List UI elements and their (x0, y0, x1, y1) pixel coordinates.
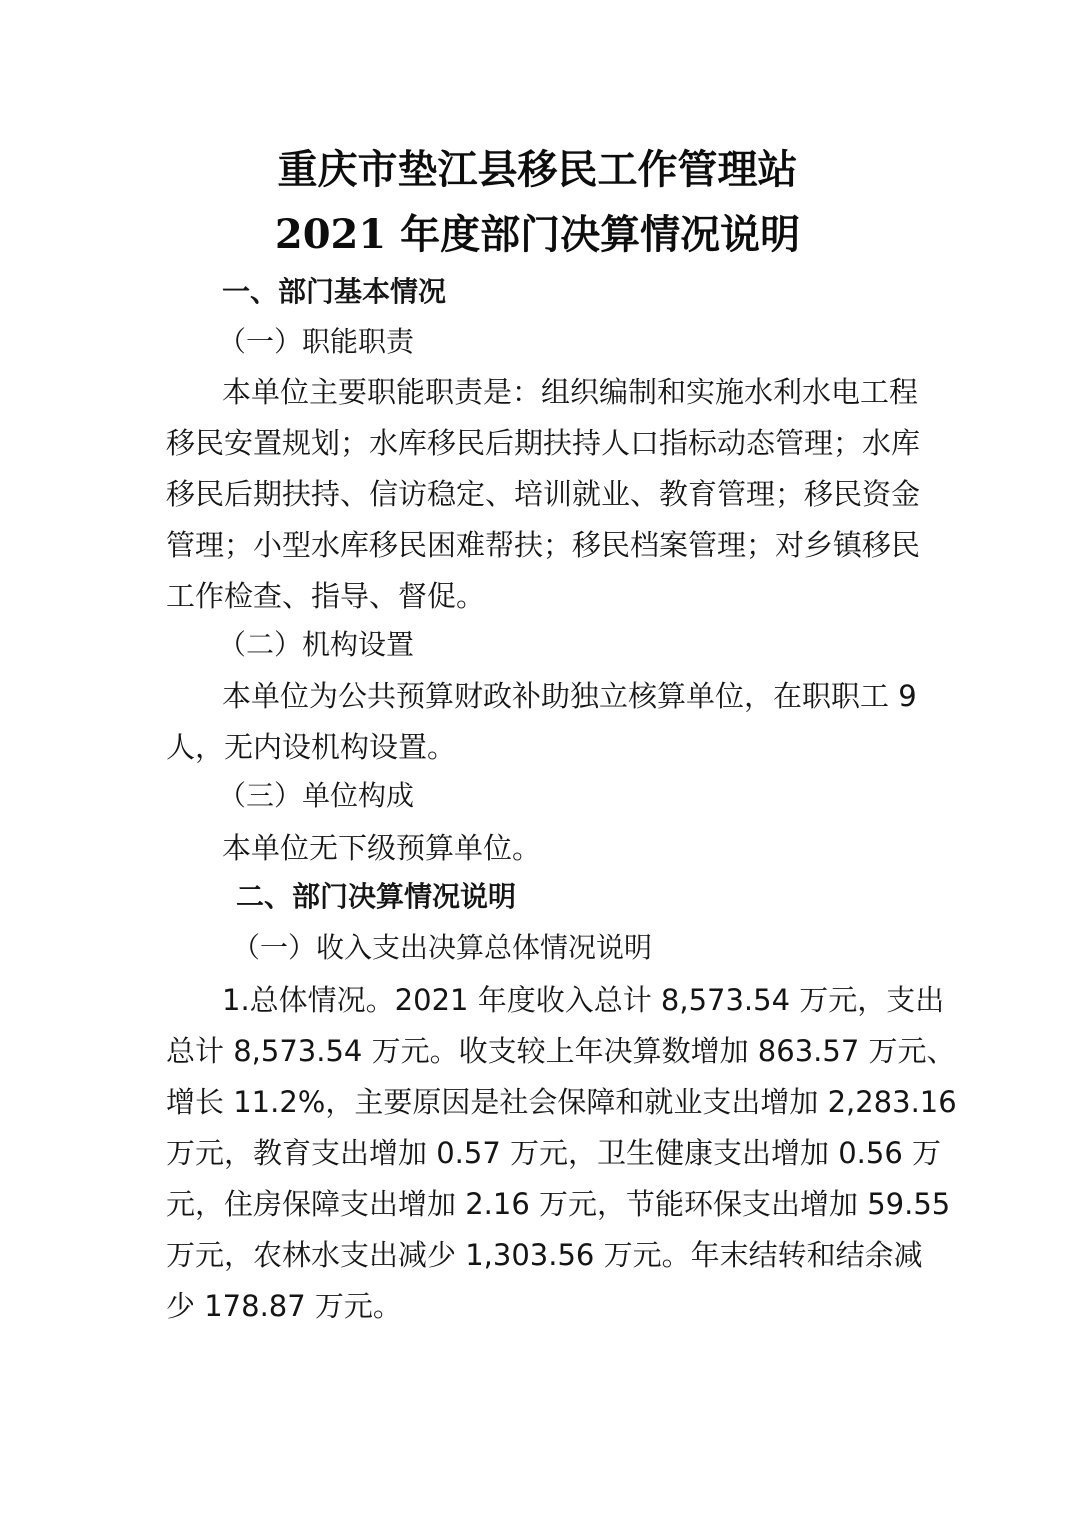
section-heading-final-accounts: 二、部门决算情况说明 (236, 877, 984, 917)
document-title-line2: 2021 年度部门决算情况说明 (0, 210, 1075, 260)
paragraph-line: 本单位为公共预算财政补助独立核算单位，在职职工 9 (222, 676, 914, 716)
subsection-heading-composition: （三）单位构成 (218, 776, 966, 816)
paragraph-line: 本单位主要职能职责是：组织编制和实施水利水电工程 (222, 372, 914, 412)
paragraph-line: 万元，农林水支出减少 1,303.56 万元。年末结转和结余减 (166, 1235, 914, 1275)
paragraph-line: 元，住房保障支出增加 2.16 万元，节能环保支出增加 59.55 (166, 1184, 914, 1224)
section-heading-basic-info: 一、部门基本情况 (222, 272, 970, 312)
paragraph-line: 本单位无下级预算单位。 (222, 828, 970, 868)
paragraph-line: 管理；小型水库移民困难帮扶；移民档案管理；对乡镇移民 (166, 525, 914, 565)
paragraph-line: 总计 8,573.54 万元。收支较上年决算数增加 863.57 万元、 (166, 1031, 914, 1071)
document-title-line1: 重庆市垫江县移民工作管理站 (0, 145, 1075, 195)
paragraph-line: 移民安置规划；水库移民后期扶持人口指标动态管理；水库 (166, 423, 914, 463)
paragraph-line: 工作检查、指导、督促。 (166, 576, 914, 616)
paragraph-line: 移民后期扶持、信访稳定、培训就业、教育管理；移民资金 (166, 474, 914, 514)
subsection-heading-functions: （一）职能职责 (218, 322, 966, 362)
paragraph-line: 人，无内设机构设置。 (166, 727, 914, 767)
paragraph-line: 1.总体情况。2021 年度收入总计 8,573.54 万元，支出 (222, 980, 914, 1020)
paragraph-line: 万元，教育支出增加 0.57 万元，卫生健康支出增加 0.56 万 (166, 1133, 914, 1173)
subsection-heading-income-expenditure: （一）收入支出决算总体情况说明 (232, 928, 980, 968)
paragraph-line: 增长 11.2%，主要原因是社会保障和就业支出增加 2,283.16 (166, 1082, 914, 1122)
document-page: 重庆市垫江县移民工作管理站 2021 年度部门决算情况说明 一、部门基本情况 （… (0, 0, 1075, 1520)
subsection-heading-organization: （二）机构设置 (218, 625, 966, 665)
paragraph-line: 少 178.87 万元。 (166, 1286, 914, 1326)
